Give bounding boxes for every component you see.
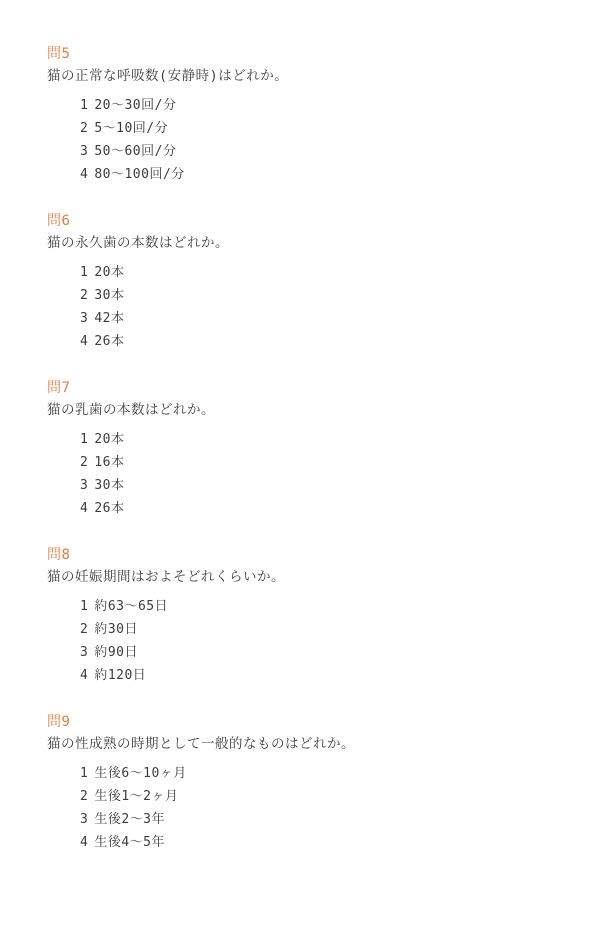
option-item: 426本 — [80, 497, 549, 520]
question-number-heading: 問6 — [47, 212, 549, 230]
option-number: 1 — [80, 762, 88, 785]
option-item: 4約120日 — [80, 664, 549, 687]
option-text: 約90日 — [94, 645, 138, 660]
option-text: 30本 — [94, 288, 124, 303]
option-number: 2 — [80, 117, 88, 140]
options-list: 1約63〜65日 2約30日 3約90日 4約120日 — [80, 595, 549, 687]
question-block-9: 問9 猫の性成熟の時期として一般的なものはどれか。 1生後6〜10ヶ月 2生後1… — [47, 713, 549, 854]
option-item: 2生後1〜2ヶ月 — [80, 785, 549, 808]
question-text: 猫の正常な呼吸数(安静時)はどれか。 — [47, 67, 549, 85]
option-number: 2 — [80, 785, 88, 808]
question-text: 猫の乳歯の本数はどれか。 — [47, 401, 549, 419]
option-number: 3 — [80, 140, 88, 163]
question-block-7: 問7 猫の乳歯の本数はどれか。 120本 216本 330本 426本 — [47, 379, 549, 520]
option-text: 26本 — [94, 501, 124, 516]
option-number: 3 — [80, 474, 88, 497]
option-item: 330本 — [80, 474, 549, 497]
option-number: 3 — [80, 808, 88, 831]
options-list: 1生後6〜10ヶ月 2生後1〜2ヶ月 3生後2〜3年 4生後4〜5年 — [80, 762, 549, 854]
option-number: 4 — [80, 330, 88, 353]
option-item: 120〜30回/分 — [80, 94, 549, 117]
option-number: 3 — [80, 641, 88, 664]
question-block-8: 問8 猫の妊娠期間はおよそどれくらいか。 1約63〜65日 2約30日 3約90… — [47, 546, 549, 687]
options-list: 120本 216本 330本 426本 — [80, 428, 549, 520]
question-number-heading: 問9 — [47, 713, 549, 731]
options-list: 120〜30回/分 25〜10回/分 350〜60回/分 480〜100回/分 — [80, 94, 549, 186]
option-item: 230本 — [80, 284, 549, 307]
option-text: 約120日 — [94, 668, 146, 683]
question-block-5: 問5 猫の正常な呼吸数(安静時)はどれか。 120〜30回/分 25〜10回/分… — [47, 45, 549, 186]
question-text: 猫の永久歯の本数はどれか。 — [47, 234, 549, 252]
option-number: 1 — [80, 595, 88, 618]
question-text: 猫の性成熟の時期として一般的なものはどれか。 — [47, 735, 549, 753]
option-number: 4 — [80, 497, 88, 520]
option-text: 30本 — [94, 478, 124, 493]
option-text: 80〜100回/分 — [94, 167, 184, 182]
option-item: 120本 — [80, 261, 549, 284]
option-item: 3約90日 — [80, 641, 549, 664]
option-text: 50〜60回/分 — [94, 144, 176, 159]
option-text: 16本 — [94, 455, 124, 470]
option-item: 1約63〜65日 — [80, 595, 549, 618]
option-number: 4 — [80, 831, 88, 854]
option-text: 生後4〜5年 — [94, 835, 165, 850]
option-number: 2 — [80, 618, 88, 641]
question-text: 猫の妊娠期間はおよそどれくらいか。 — [47, 568, 549, 586]
option-number: 1 — [80, 94, 88, 117]
question-number-heading: 問7 — [47, 379, 549, 397]
option-number: 4 — [80, 664, 88, 687]
question-number-heading: 問5 — [47, 45, 549, 63]
option-item: 25〜10回/分 — [80, 117, 549, 140]
option-number: 3 — [80, 307, 88, 330]
option-number: 2 — [80, 284, 88, 307]
option-item: 350〜60回/分 — [80, 140, 549, 163]
option-number: 1 — [80, 261, 88, 284]
option-text: 20本 — [94, 265, 124, 280]
option-number: 2 — [80, 451, 88, 474]
option-text: 約63〜65日 — [94, 599, 168, 614]
option-item: 216本 — [80, 451, 549, 474]
option-text: 生後2〜3年 — [94, 812, 165, 827]
quiz-document-page: 問5 猫の正常な呼吸数(安静時)はどれか。 120〜30回/分 25〜10回/分… — [0, 0, 589, 940]
option-item: 342本 — [80, 307, 549, 330]
option-text: 5〜10回/分 — [94, 121, 168, 136]
option-item: 480〜100回/分 — [80, 163, 549, 186]
question-block-6: 問6 猫の永久歯の本数はどれか。 120本 230本 342本 426本 — [47, 212, 549, 353]
option-number: 4 — [80, 163, 88, 186]
option-text: 20本 — [94, 432, 124, 447]
option-text: 生後6〜10ヶ月 — [94, 766, 186, 781]
option-text: 生後1〜2ヶ月 — [94, 789, 178, 804]
option-number: 1 — [80, 428, 88, 451]
option-item: 3生後2〜3年 — [80, 808, 549, 831]
option-item: 426本 — [80, 330, 549, 353]
option-text: 42本 — [94, 311, 124, 326]
option-item: 1生後6〜10ヶ月 — [80, 762, 549, 785]
option-text: 約30日 — [94, 622, 138, 637]
option-text: 20〜30回/分 — [94, 98, 176, 113]
question-number-heading: 問8 — [47, 546, 549, 564]
options-list: 120本 230本 342本 426本 — [80, 261, 549, 353]
option-text: 26本 — [94, 334, 124, 349]
option-item: 120本 — [80, 428, 549, 451]
option-item: 4生後4〜5年 — [80, 831, 549, 854]
option-item: 2約30日 — [80, 618, 549, 641]
